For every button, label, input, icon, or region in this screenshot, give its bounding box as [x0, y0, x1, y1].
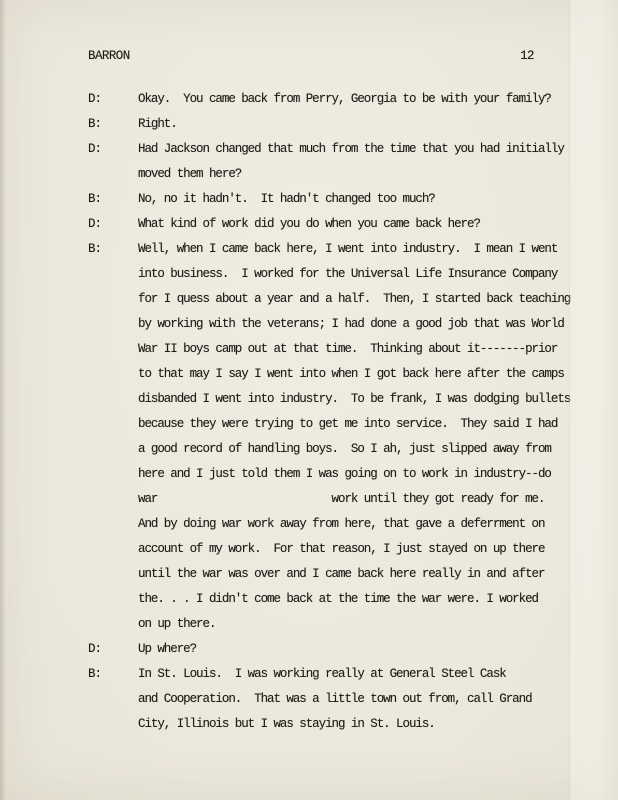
speaker-label	[88, 337, 138, 362]
dialogue-line-row: B:No, no it hadn't. It hadn't changed to…	[88, 187, 588, 212]
dialogue-line-row: and Cooperation. That was a little town …	[88, 687, 588, 712]
dialogue-line: Right.	[138, 112, 588, 137]
dialogue-line-row: D:Okay. You came back from Perry, Georgi…	[88, 87, 588, 112]
dialogue-line: into business. I worked for the Universa…	[138, 262, 588, 287]
dialogue-line-row: And by doing war work away from here, th…	[88, 512, 588, 537]
dialogue-line: What kind of work did you do when you ca…	[138, 212, 588, 237]
speaker-label: B:	[88, 112, 138, 137]
dialogue-line-row: to that may I say I went into when I got…	[88, 362, 588, 387]
speaker-label	[88, 462, 138, 487]
speaker-label	[88, 162, 138, 187]
dialogue-line: Okay. You came back from Perry, Georgia …	[138, 87, 588, 112]
dialogue-line-row: War II boys camp out at that time. Think…	[88, 337, 588, 362]
speaker-label	[88, 712, 138, 737]
speaker-label	[88, 612, 138, 637]
dialogue-line: a good record of handling boys. So I ah,…	[138, 437, 588, 462]
dialogue-line: Well, when I came back here, I went into…	[138, 237, 588, 262]
speaker-label	[88, 312, 138, 337]
dialogue-line-row: war work until they got ready for me.	[88, 487, 588, 512]
dialogue-line-row: the. . . I didn't come back at the time …	[88, 587, 588, 612]
dialogue-line-row: into business. I worked for the Universa…	[88, 262, 588, 287]
dialogue-line-row: account of my work. For that reason, I j…	[88, 537, 588, 562]
speaker-label	[88, 512, 138, 537]
dialogue-line: War II boys camp out at that time. Think…	[138, 337, 588, 362]
speaker-label: B:	[88, 237, 138, 262]
dialogue-line-row: here and I just told them I was going on…	[88, 462, 588, 487]
dialogue-line: No, no it hadn't. It hadn't changed too …	[138, 187, 588, 212]
dialogue-line-row: B:In St. Louis. I was working really at …	[88, 662, 588, 687]
dialogue-line: by working with the veterans; I had done…	[138, 312, 588, 337]
dialogue-line: the. . . I didn't come back at the time …	[138, 587, 588, 612]
speaker-label: B:	[88, 662, 138, 687]
dialogue-line: account of my work. For that reason, I j…	[138, 537, 588, 562]
dialogue-line: disbanded I went into industry. To be fr…	[138, 387, 588, 412]
dialogue-line-row: moved them here?	[88, 162, 588, 187]
dialogue-line-row: a good record of handling boys. So I ah,…	[88, 437, 588, 462]
dialogue-line-row: until the war was over and I came back h…	[88, 562, 588, 587]
dialogue-line-row: B:Right.	[88, 112, 588, 137]
speaker-label	[88, 487, 138, 512]
speaker-label: B:	[88, 187, 138, 212]
page-header: BARRON 12	[0, 0, 618, 69]
dialogue-line-row: D:Had Jackson changed that much from the…	[88, 137, 588, 162]
speaker-label: D:	[88, 212, 138, 237]
dialogue-line: Up where?	[138, 637, 588, 662]
speaker-label	[88, 687, 138, 712]
speaker-label: D:	[88, 637, 138, 662]
dialogue-line: for I quess about a year and a half. The…	[138, 287, 588, 312]
speaker-label	[88, 387, 138, 412]
dialogue-line: and Cooperation. That was a little town …	[138, 687, 588, 712]
speaker-label	[88, 537, 138, 562]
dialogue-line-row: D:What kind of work did you do when you …	[88, 212, 588, 237]
page-number: 12	[520, 44, 534, 69]
dialogue-line: on up there.	[138, 612, 588, 637]
dialogue-line: here and I just told them I was going on…	[138, 462, 588, 487]
speaker-label	[88, 562, 138, 587]
dialogue-line: moved them here?	[138, 162, 588, 187]
speaker-label	[88, 287, 138, 312]
dialogue-line: because they were trying to get me into …	[138, 412, 588, 437]
dialogue-line-row: D:Up where?	[88, 637, 588, 662]
speaker-label	[88, 262, 138, 287]
dialogue-line-row: City, Illinois but I was staying in St. …	[88, 712, 588, 737]
dialogue-line: until the war was over and I came back h…	[138, 562, 588, 587]
speaker-label	[88, 362, 138, 387]
speaker-label	[88, 437, 138, 462]
dialogue-line-row: for I quess about a year and a half. The…	[88, 287, 588, 312]
dialogue-line: to that may I say I went into when I got…	[138, 362, 588, 387]
speaker-label	[88, 587, 138, 612]
dialogue-line: And by doing war work away from here, th…	[138, 512, 588, 537]
transcript-body: D:Okay. You came back from Perry, Georgi…	[0, 87, 618, 737]
dialogue-line-row: disbanded I went into industry. To be fr…	[88, 387, 588, 412]
dialogue-line: Had Jackson changed that much from the t…	[138, 137, 588, 162]
speaker-label: D:	[88, 87, 138, 112]
document-page: BARRON 12 D:Okay. You came back from Per…	[0, 0, 618, 800]
dialogue-line-row: by working with the veterans; I had done…	[88, 312, 588, 337]
dialogue-line-row: on up there.	[88, 612, 588, 637]
dialogue-line: City, Illinois but I was staying in St. …	[138, 712, 588, 737]
dialogue-line-row: because they were trying to get me into …	[88, 412, 588, 437]
dialogue-line: In St. Louis. I was working really at Ge…	[138, 662, 588, 687]
dialogue-line: war work until they got ready for me.	[138, 487, 588, 512]
document-title: BARRON	[88, 44, 130, 69]
speaker-label: D:	[88, 137, 138, 162]
dialogue-line-row: B:Well, when I came back here, I went in…	[88, 237, 588, 262]
speaker-label	[88, 412, 138, 437]
